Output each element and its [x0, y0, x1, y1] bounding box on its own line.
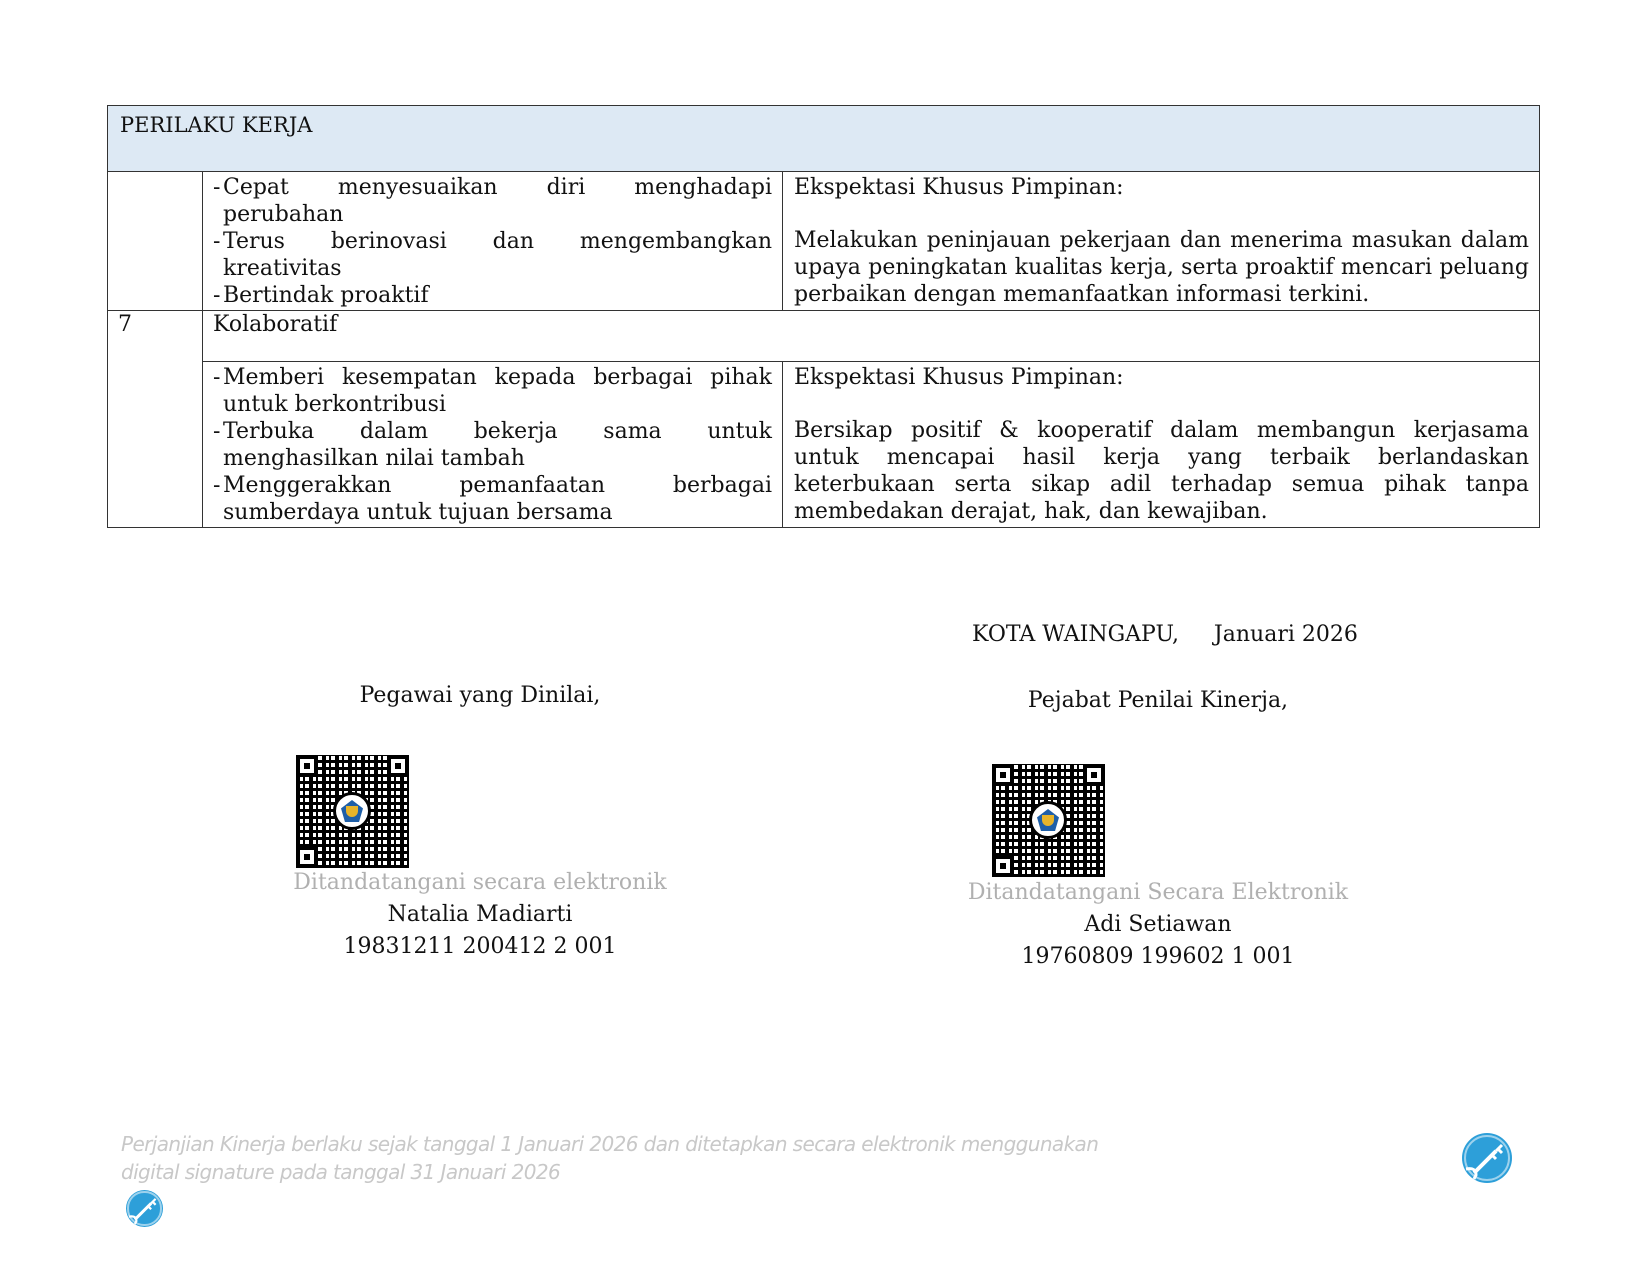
employee-role: Pegawai yang Dinilai, [280, 683, 680, 708]
indicator-item: - Cepat menyesuaikan diri menghadapi per… [213, 174, 772, 228]
evaluator-role: Pejabat Penilai Kinerja, [958, 688, 1358, 713]
evaluator-name: Adi Setiawan [958, 912, 1358, 937]
indicator-item: - Memberi kesempatan kepada berbagai pih… [213, 364, 772, 418]
footer-note: Perjanjian Kinerja berlaku sejak tanggal… [121, 1130, 1171, 1186]
expectation-label: Ekspektasi Khusus Pimpinan: [794, 364, 1529, 391]
indicator-list: - Memberi kesempatan kepada berbagai pih… [203, 362, 783, 528]
competency-title: Kolaboratif [203, 311, 1540, 362]
expectation-text: Melakukan peninjauan pekerjaan dan mener… [794, 227, 1529, 308]
row-number: 7 [108, 311, 203, 528]
expectation-label: Ekspektasi Khusus Pimpinan: [794, 174, 1529, 201]
row-number [108, 172, 203, 311]
evaluator-signed-note: Ditandatangani Secara Elektronik [948, 880, 1368, 905]
indicator-list: - Cepat menyesuaikan diri menghadapi per… [203, 172, 783, 311]
key-icon [1462, 1133, 1512, 1183]
footer-line-2: digital signature pada tanggal 31 Januar… [121, 1158, 1171, 1186]
expectation-text: Bersikap positif & kooperatif dalam memb… [794, 417, 1529, 525]
key-icon [126, 1190, 163, 1227]
expectation-cell: Ekspektasi Khusus Pimpinan: Bersikap pos… [783, 362, 1540, 528]
evaluator-nip: 19760809 199602 1 001 [958, 944, 1358, 969]
indicator-item: - Terus berinovasi dan mengembangkan kre… [213, 228, 772, 282]
indicator-item: - Bertindak proaktif [213, 282, 772, 309]
table-row: - Memberi kesempatan kepada berbagai pih… [108, 362, 1540, 528]
ministry-logo-icon [333, 792, 371, 830]
indicator-item: - Terbuka dalam bekerja sama untuk mengh… [213, 418, 772, 472]
behavior-table: PERILAKU KERJA - Cepat menyesuaikan diri… [107, 105, 1540, 528]
employee-name: Natalia Madiarti [280, 902, 680, 927]
section-title: PERILAKU KERJA [108, 106, 1540, 172]
employee-nip: 19831211 200412 2 001 [280, 934, 680, 959]
ministry-logo-icon [1029, 801, 1067, 839]
qr-code-icon [992, 764, 1105, 877]
table-row: 7 Kolaboratif [108, 311, 1540, 362]
footer-line-1: Perjanjian Kinerja berlaku sejak tanggal… [121, 1130, 1171, 1158]
place-date: KOTA WAINGAPU, Januari 2026 [972, 622, 1372, 647]
qr-code-icon [296, 755, 409, 868]
expectation-cell: Ekspektasi Khusus Pimpinan: Melakukan pe… [783, 172, 1540, 311]
indicator-item: - Menggerakkan pemanfaatan berbagai sumb… [213, 472, 772, 526]
employee-signed-note: Ditandatangani secara elektronik [270, 870, 690, 895]
table-row: - Cepat menyesuaikan diri menghadapi per… [108, 172, 1540, 311]
table-header-row: PERILAKU KERJA [108, 106, 1540, 172]
